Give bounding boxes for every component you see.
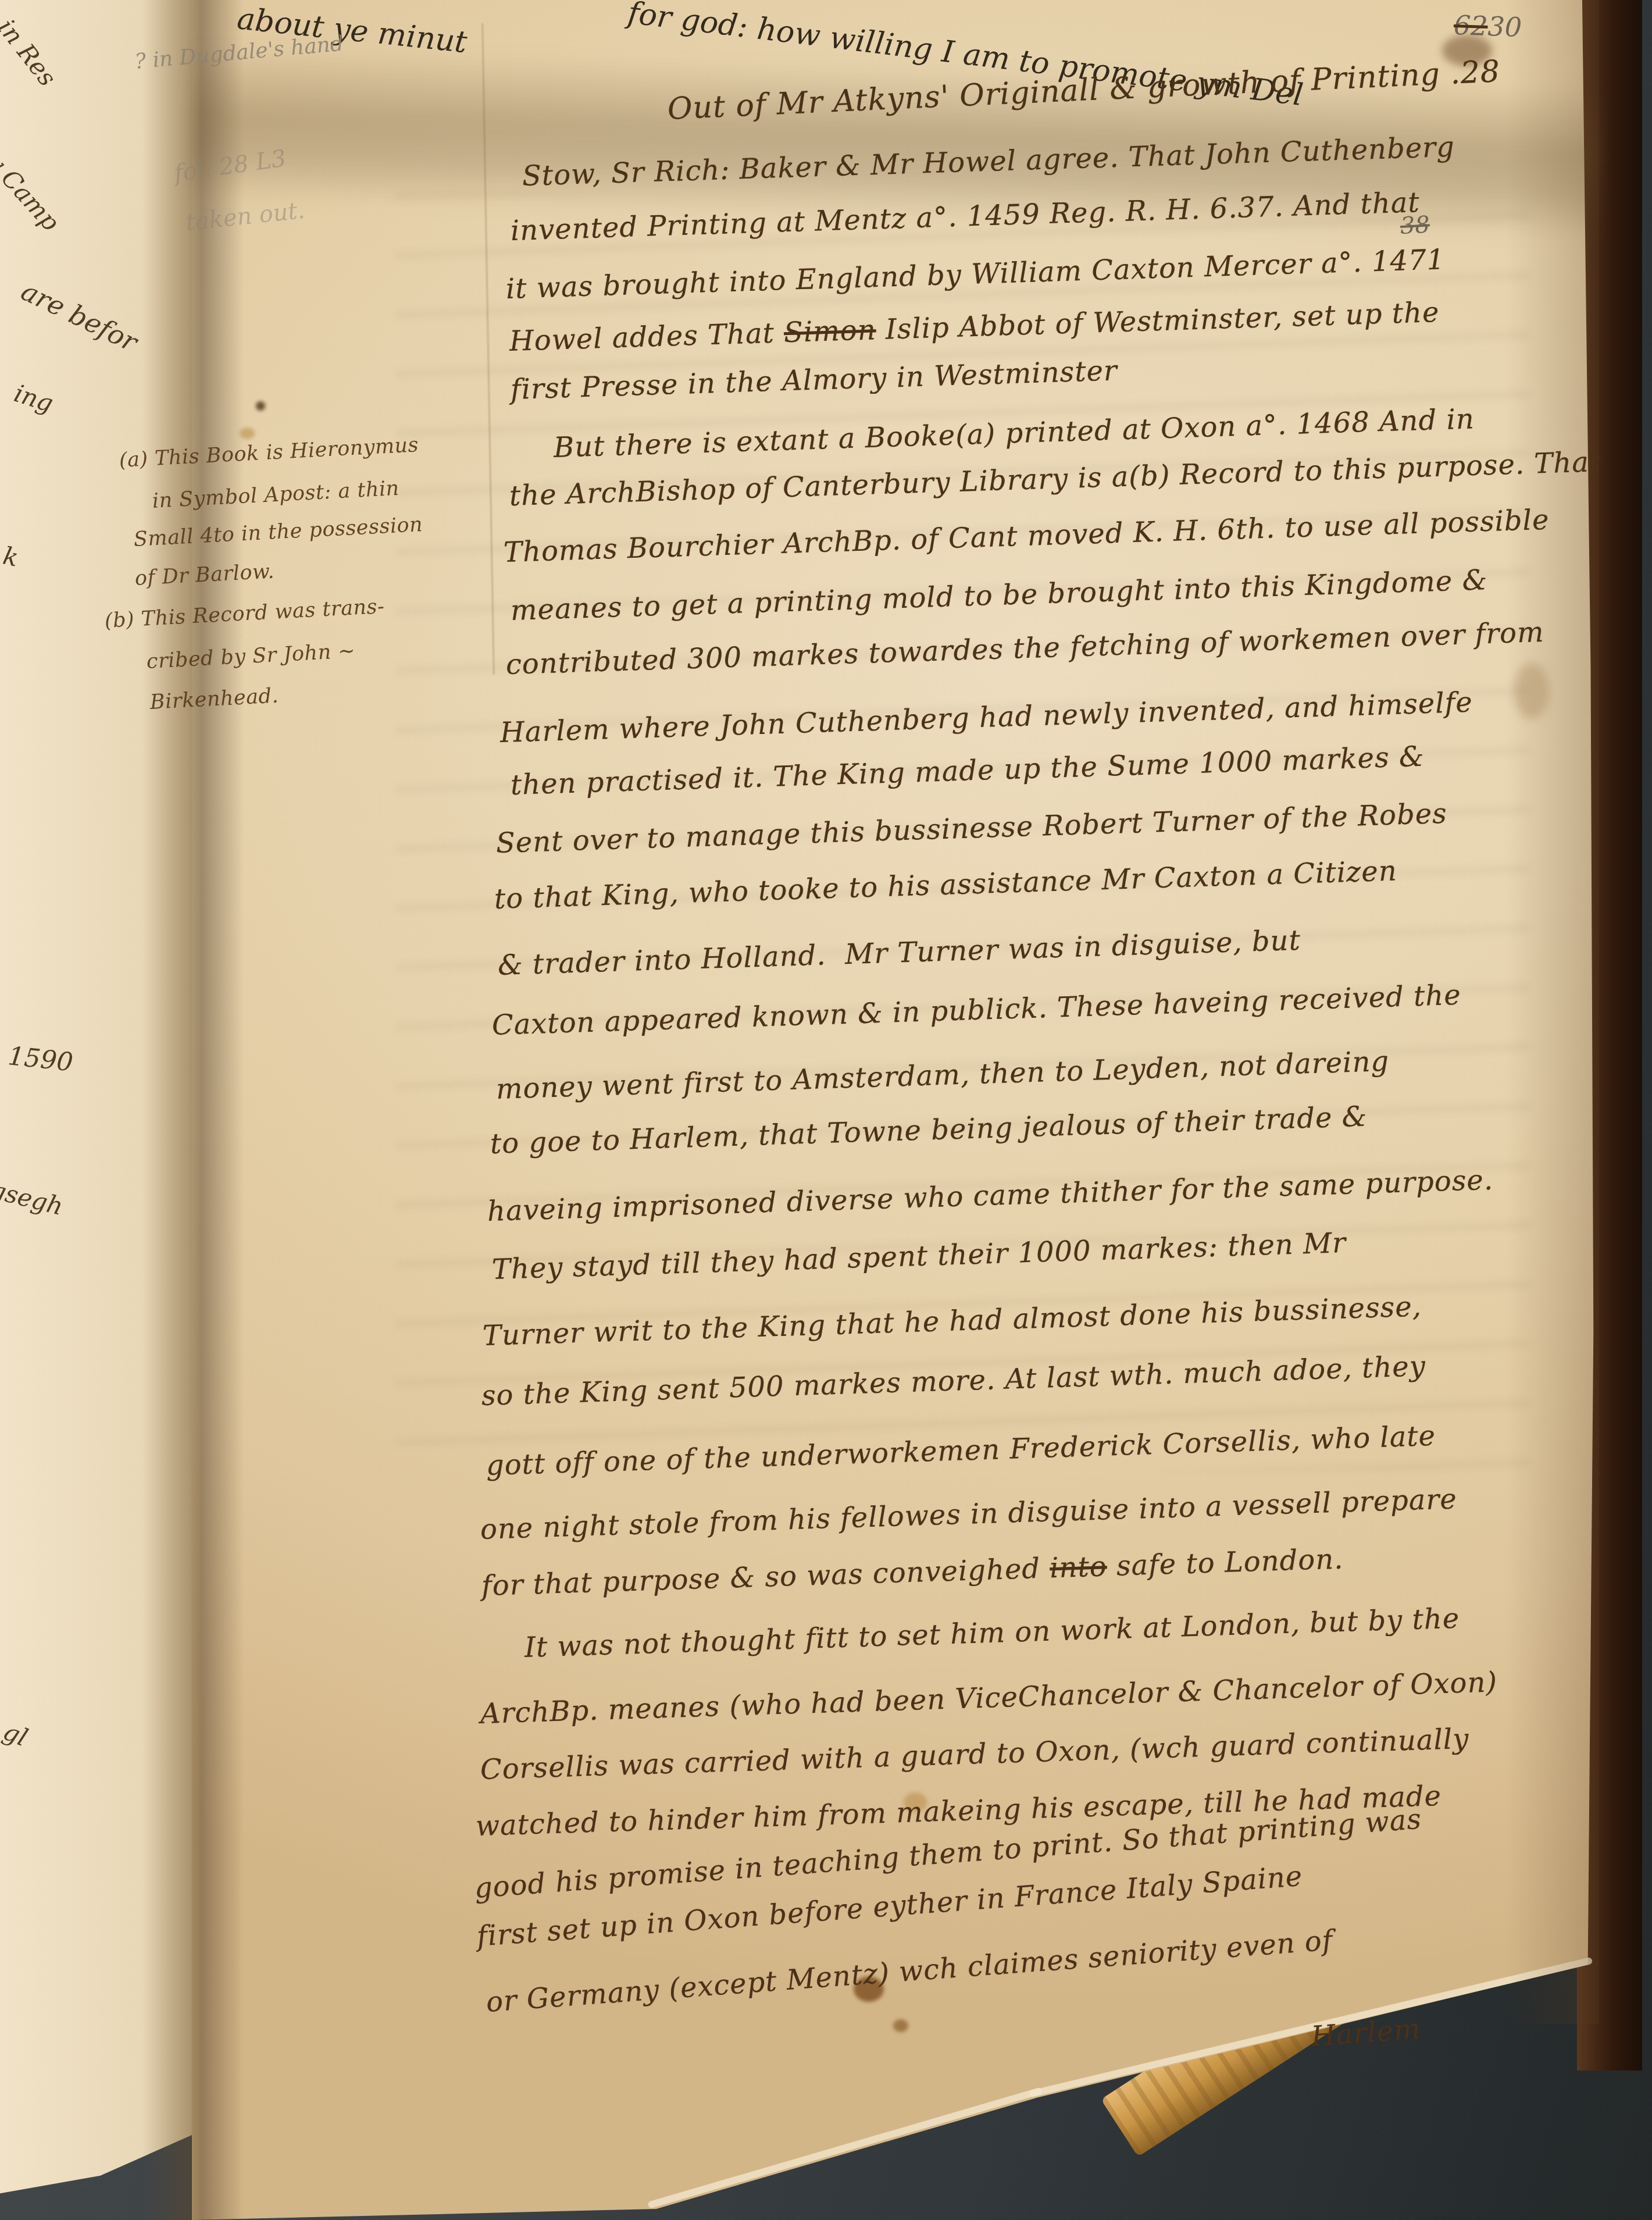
folio-number-value: 30 bbox=[1487, 10, 1522, 43]
fox-stain bbox=[893, 2019, 908, 2032]
fox-stain bbox=[240, 427, 255, 439]
struck-folio-number: 62 bbox=[1453, 9, 1488, 42]
struck-word: into bbox=[1049, 1550, 1107, 1584]
struck-word: Simon bbox=[783, 313, 876, 349]
fox-stain bbox=[1514, 663, 1549, 719]
fox-stain bbox=[256, 401, 265, 411]
folio-number: 6230 bbox=[1453, 9, 1522, 43]
